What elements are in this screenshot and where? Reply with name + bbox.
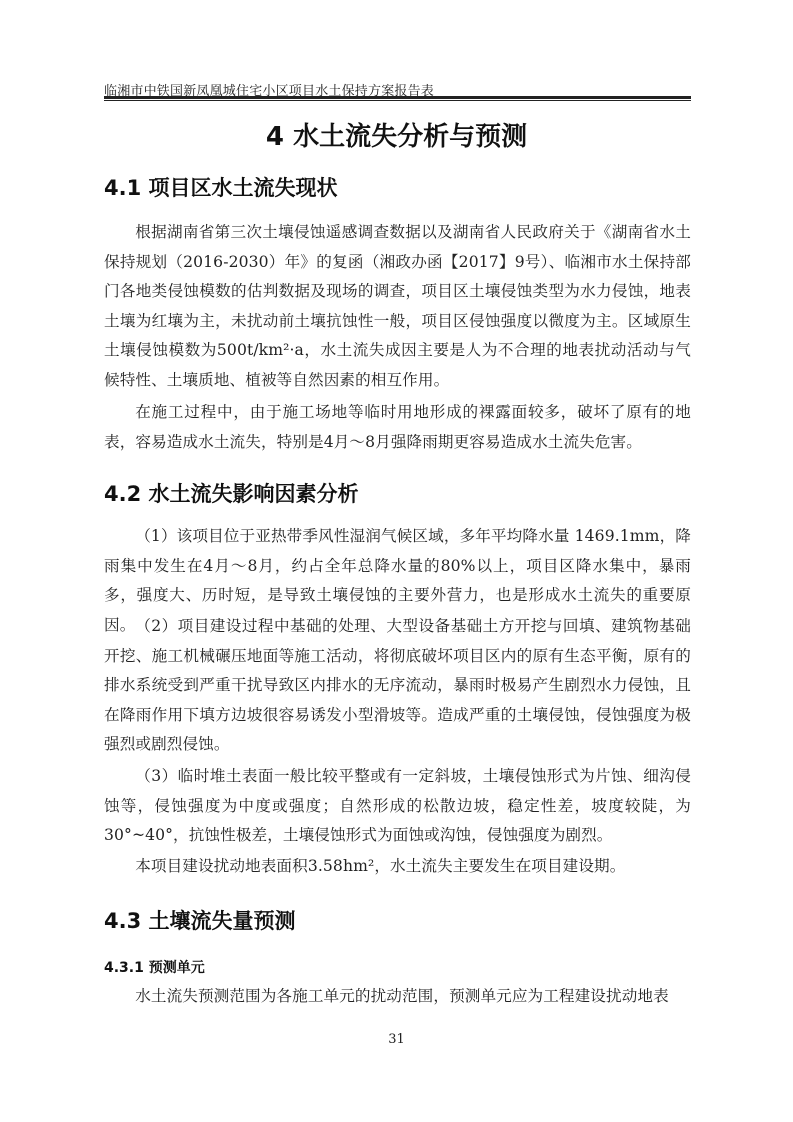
document-page: 临湘市中铁国新凤凰城住宅小区项目水土保持方案报告表 4 水土流失分析与预测 4.…: [0, 0, 793, 1122]
section-title-4-1: 4.1 项目区水土流失现状: [104, 172, 338, 202]
paragraph: 根据湖南省第三次土壤侵蚀遥感调查数据以及湖南省人民政府关于《湖南省水土保持规划（…: [104, 218, 691, 395]
header-rule-thin: [104, 100, 691, 101]
paragraph: 在施工过程中，由于施工场地等临时用地形成的裸露面较多，破坏了原有的地表，容易造成…: [104, 398, 691, 457]
page-number: 31: [0, 1032, 793, 1047]
subsection-title-4-3-1: 4.3.1 预测单元: [104, 957, 205, 977]
paragraph: 本项目建设扰动地表面积3.58hm²，水土流失主要发生在项目建设期。: [104, 852, 691, 882]
paragraph: 水土流失预测范围为各施工单元的扰动范围，预测单元应为工程建设扰动地表: [104, 982, 691, 1012]
chapter-title: 4 水土流失分析与预测: [0, 116, 793, 153]
header-rule-thick: [104, 96, 691, 99]
section-title-4-2: 4.2 水土流失影响因素分析: [104, 478, 359, 508]
paragraph: （3）临时堆土表面一般比较平整或有一定斜坡，土壤侵蚀形式为片蚀、细沟侵蚀等，侵蚀…: [104, 762, 691, 851]
paragraph: （2）项目建设过程中基础的处理、大型设备基础土方开挖与回填、建筑物基础开挖、施工…: [104, 612, 691, 760]
section-title-4-3: 4.3 土壤流失量预测: [104, 905, 296, 935]
